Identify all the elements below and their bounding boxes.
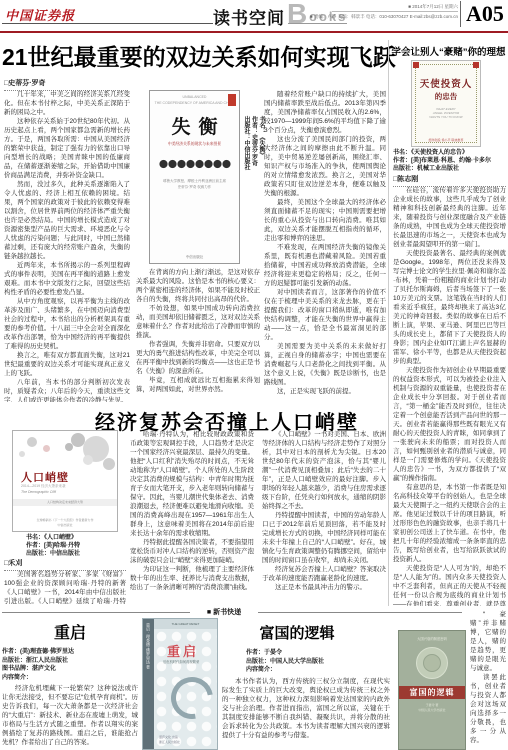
sidebar-divider xyxy=(388,40,389,606)
bubble-graphic xyxy=(65,443,73,451)
book-caption-vertical: 书名：《失衡》作者：史蒂芬·罗奇出版社：中信出版社 xyxy=(242,116,264,262)
cover-red-line: 经纬创投 徐小平 联袂推荐 xyxy=(412,138,480,142)
cover-line-1: 耶鲁大学教授、摩根士丹利亚洲区前主席 xyxy=(150,179,239,184)
sidebar-book-caption: 书名：《天使投资人的忠告》作者：[美]布莱恩·科恩、约翰·卡多尔出版社：机械工业… xyxy=(393,149,506,173)
restart-summary: 经济危机埋藏下一轮繁荣？这种说法或许让你无法接受，但不要忘记“危机孕育商机”。历… xyxy=(2,684,138,750)
cover-band-text: 人口结构决定未来经济大势 xyxy=(13,499,117,506)
main-headline: 21世纪最重要的双边关系如何实现飞跃 xyxy=(2,39,388,72)
bubble-graphic xyxy=(71,433,85,447)
emblem-inner-circle xyxy=(423,654,441,672)
main-column-2: 在背离的方向上渐行渐远，是这对依存关系最大的风险。这恰是本书的核心要义：两个紧密… xyxy=(136,268,260,402)
restart-title: 重启 xyxy=(2,620,138,643)
cover-bottom-lines: 全球畅销书《下一个大泡泡》作者最新力作 中信出版社 xyxy=(13,518,117,527)
page-number: A05 xyxy=(460,1,508,27)
book-cover-demographic-cliff: 人口峭壁 2014—2019 经济大萧条来袭 The Demographic C… xyxy=(12,430,118,532)
rich-nations-title: 富国的逻辑 xyxy=(222,622,372,643)
header-rule-ooks xyxy=(288,23,347,24)
masthead-logo: 中国证券报 xyxy=(5,5,85,23)
cover-top-text-2: THE CODEPENDENCY OF AMERICA AND CHINA xyxy=(150,101,239,106)
staff-line: ■ 责编：卢铮 美编：韩景丰 电话：010-63070427 E-mail:zb… xyxy=(295,14,458,20)
main-column-1: 几十年来，中美之间的经济关系几经变化。但在本书付梓之际，中美关系正深陷于新的困局… xyxy=(4,90,130,402)
cover-corner-right xyxy=(473,62,479,68)
restart-info: 作者：(美)理查德·佛罗里达出版社：浙江人民出版社图书品牌：湛庐文化内容简介： xyxy=(2,648,138,682)
cover-top-text: 大国兴衰的制度密码 xyxy=(399,636,465,641)
rich-nations-info: 作者：于晏令出版社：中国人民大学出版社内容简介： xyxy=(222,649,390,675)
cover-english-title: The Demographic Cliff xyxy=(21,490,56,494)
bubble-graphic xyxy=(19,451,25,457)
rich-nations-summary: 本书作者认为，西方传统的三权分立制度，在现代实际发生了实质上的巨大改变，舆论权已… xyxy=(222,677,390,749)
cover-corner-left xyxy=(413,62,419,68)
header-rule-right xyxy=(332,11,458,12)
laurel-emblem-graphic xyxy=(416,647,448,679)
cover-top-band: THE GREAT RESET xyxy=(154,619,217,629)
book-cover-rich-nations: 大国兴衰的制度密码 富国的逻辑 于晏令 著 中国人民大学出版社 xyxy=(398,630,466,750)
bubble-graphic xyxy=(43,445,50,452)
cover-title-band: 富国的逻辑 xyxy=(399,686,465,699)
middle-column-3: 《人口峭壁》一书对美国、日本、欧洲等经济体的人口结构与经济走势作了对照分析，其中… xyxy=(262,430,386,606)
rich-nations-summary-text: 本书作者认为，西方传统的三权分立制度，在现代实际发生了实质上的巨大改变，舆论权已… xyxy=(222,677,390,740)
rich-nations-block: 富国的逻辑 作者：于晏令出版社：中国人民大学出版社内容简介： 本书作者认为，西方… xyxy=(222,622,390,749)
book-cover-restart: 重启 · 理查德·佛罗里达 著 THE GREAT RESET 重启 后危机时代… xyxy=(142,618,218,750)
bottom-rule-right xyxy=(258,612,462,613)
middle-intro: 美国著名趋势分析家、多家《财富》100强企业的资深顾问哈瑞·丹特的新著《人口峭壁… xyxy=(4,570,126,606)
cover-title: 人口峭壁 xyxy=(21,469,69,485)
cover-title: 重启 xyxy=(167,641,199,660)
date-line: ■ 2014年7月12日 星期六 xyxy=(330,4,458,10)
book-cover-angel-investor: 天使投资人 的忠告 WHAT EVERYANGEL INVESTORWANTS … xyxy=(411,60,481,147)
newspaper-page: 中国证券报 读书空间 B ooks ■ 2014年7月12日 星期六 ■ 责编：… xyxy=(0,0,508,750)
middle-book-caption: 书名：《人口峭壁》作者：[美]哈瑞·丹特出版社：中信出版社 xyxy=(26,534,126,558)
bubble-graphic xyxy=(27,437,37,447)
cover-dotted-frame xyxy=(415,64,477,143)
cover-line-2: 史蒂芬·罗奇 权威力作 xyxy=(150,185,239,190)
cover-bottom-lines: 于晏令 著 中国人民大学出版社 xyxy=(399,703,465,712)
restart-summary-text: 经济危机埋藏下一轮繁荣？这种说法或许让你无法接受，但不要忘记“危机孕育商机”。历… xyxy=(2,684,138,747)
bottom-rule-left xyxy=(2,612,190,613)
main-column-3: 随着经常账户缺口的持续扩大，美国国内储蓄率跌至战后低点。2013年第四季度，美国… xyxy=(264,90,386,402)
bubble-graphic xyxy=(103,458,115,470)
middle-column-2: 哈瑞·丹特认为，相比较财政政策和货币政策等宏观调控手段，人口趋势才是决定一个国家… xyxy=(130,430,254,606)
cover-subtitle: 中美经济关系的现状与未来图景 xyxy=(150,142,239,147)
cover-red-tag xyxy=(228,94,236,106)
middle-intro-text: 美国著名趋势分析家、多家《财富》100强企业的资深顾问哈瑞·丹特的新著《人口峭壁… xyxy=(4,570,126,606)
cover-bottom-lines: 湛庐文化 出品 浙江人民出版社 xyxy=(159,735,180,744)
cover-subtitle: 2014—2019 经济大萧条来袭 xyxy=(21,484,66,489)
bubble-graphic xyxy=(83,455,93,465)
restart-block: 重启 作者：(美)理查德·佛罗里达出版社：浙江人民出版社图书品牌：湛庐文化内容简… xyxy=(2,620,138,750)
header-rule-left xyxy=(2,23,213,24)
new-books-label: ■ 新书快递 xyxy=(194,607,254,617)
book-cover-shiheng: UNBALANCED THE CODEPENDENCY OF AMERICA A… xyxy=(149,90,240,264)
masthead-red-rule xyxy=(0,31,508,33)
section-title: 读书空间 xyxy=(213,4,285,29)
sidebar-column: 在硅谷，流传着许多天使投资助力企业成长的故事，这些几乎成为了创业精神和科技创新最… xyxy=(393,186,506,606)
newton-cradle-graphic xyxy=(159,159,231,169)
cover-title: 失衡 xyxy=(150,112,239,139)
cover-subtitle: 后危机时代如何再现繁荣 xyxy=(163,659,199,664)
cover-publisher: 中信出版社 xyxy=(150,255,239,260)
sidebar-tail-column: “豪赌”并非赌博，它赌的是人，赌的是趋势，更赌的是眼光与诚意。读罢此书，创业者与… xyxy=(470,610,506,750)
cover-spine: 重启 · 理查德·佛罗里达 著 xyxy=(143,619,154,749)
sidebar-headline: 学会让别人“豪赌”你的理想 xyxy=(391,44,506,58)
cover-top-text: UNBALANCED xyxy=(150,95,239,100)
